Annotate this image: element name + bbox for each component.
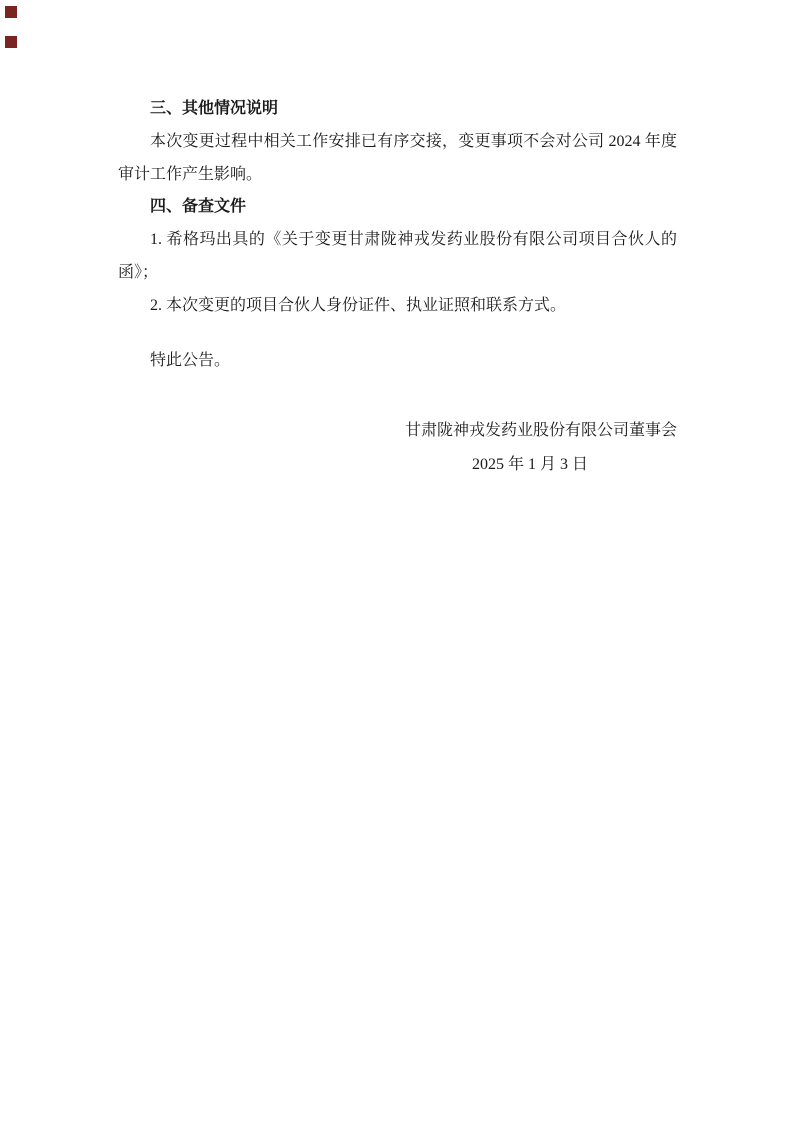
section-3-body-line-2: 审计工作产生影响。 <box>118 158 677 191</box>
section-3-body-line-1: 本次变更过程中相关工作安排已有序交接，变更事项不会对公司 2024 年度 <box>118 125 677 158</box>
page-corner-mark-top <box>5 6 17 18</box>
announcement-page: 三、其他情况说明 本次变更过程中相关工作安排已有序交接，变更事项不会对公司 20… <box>0 0 794 1122</box>
section-4-heading: 四、备查文件 <box>118 190 677 223</box>
section-4-item-1-line-1: 1. 希格玛出具的《关于变更甘肃陇神戎发药业股份有限公司项目合伙人的 <box>118 223 677 256</box>
signature-date: 2025 年 1 月 3 日 <box>118 448 677 481</box>
page-corner-mark-bottom <box>5 36 17 48</box>
signature-company: 甘肃陇神戎发药业股份有限公司董事会 <box>118 414 677 447</box>
section-4-item-1-line-2: 函》； <box>118 256 677 289</box>
closing-statement: 特此公告。 <box>118 344 677 377</box>
section-4-item-2: 2. 本次变更的项目合伙人身份证件、执业证照和联系方式。 <box>118 289 677 322</box>
section-3-heading: 三、其他情况说明 <box>118 92 677 125</box>
